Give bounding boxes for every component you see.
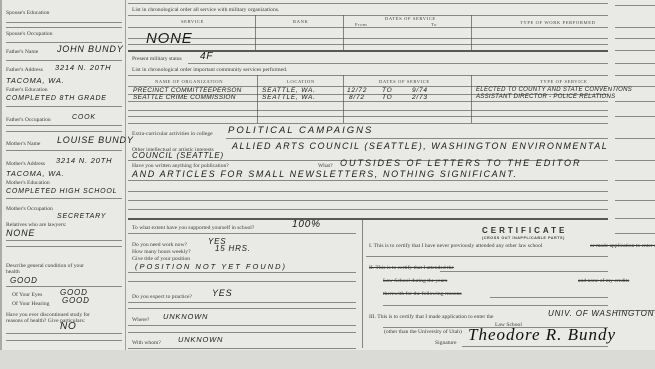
signature-label: Signature xyxy=(435,340,456,346)
hearing-label: Of Your Hearing xyxy=(12,301,49,307)
community-row-from: 12/72 xyxy=(347,87,367,94)
health-label-line2: health xyxy=(6,269,20,275)
father-name-value: John Bundy xyxy=(57,44,124,54)
military-header-from: From xyxy=(355,22,367,27)
military-instruction: List in chronological order all service … xyxy=(132,7,279,13)
page-edge xyxy=(0,0,2,369)
community-row-location: Seattle, Wa. xyxy=(262,94,316,101)
father-occupation-label: Father's Occupation xyxy=(6,117,51,123)
practice-value: Yes xyxy=(212,288,232,298)
community-row-org: Precinct Committeeperson xyxy=(133,87,242,94)
military-header-to: To xyxy=(431,22,437,27)
spouse-occupation-label: Spouse's Occupation xyxy=(6,31,53,37)
military-header-type: Type of Work Performed xyxy=(520,20,596,25)
cert-item-1-struck-a: or made application to enter any. xyxy=(590,243,655,249)
community-header-location: Location xyxy=(287,79,315,84)
with-whom-value: Unknown xyxy=(178,335,223,344)
father-occupation-value: Cook xyxy=(72,114,96,121)
mother-name-value: Louise Bundy xyxy=(57,135,134,145)
military-header-service: Service xyxy=(181,19,204,24)
cert-item-2-line2b-struck: and none of my credits xyxy=(578,278,629,284)
hours-value: 15 hrs. xyxy=(215,244,251,253)
mother-address-label: Mother's Address xyxy=(6,161,45,167)
community-instruction: List in chronological order important co… xyxy=(132,67,287,73)
mother-name-label: Mother's Name xyxy=(6,141,40,147)
mother-occupation-label: Mother's Occupation xyxy=(6,206,53,212)
community-row-to: 2/73 xyxy=(412,94,428,101)
relatives-lawyers-value: None xyxy=(6,228,35,238)
supported-label: To what extent have you supported yourse… xyxy=(132,225,254,231)
father-education-label: Father's Education xyxy=(6,87,48,93)
hours-label: How many hours weekly? xyxy=(132,249,191,255)
community-row-type: Assistant Director - Police Relations xyxy=(476,94,615,100)
with-whom-label: With whom? xyxy=(132,340,161,346)
community-row-to: 9/74 xyxy=(412,87,428,94)
community-header-dates: Dates of Service xyxy=(379,79,430,84)
health-value: Good xyxy=(10,276,38,285)
spouse-education-label: Spouse's Education xyxy=(6,10,49,16)
supported-value: 100% xyxy=(292,219,321,230)
signature-value: Theodore R. Bundy xyxy=(468,325,616,345)
military-status-label: Present military status xyxy=(132,56,182,62)
hearing-value: Good xyxy=(62,296,90,305)
mother-address-line2: Tacoma, Wa. xyxy=(6,169,65,178)
mother-education-value: Completed High School xyxy=(6,188,117,195)
certificate-subtitle: (CROSS OUT INAPPLICABLE PARTS) xyxy=(482,236,565,240)
extracurricular-label: Extra-curricular activities in college xyxy=(132,131,213,137)
page-bottom-margin xyxy=(0,350,655,369)
father-address-line2: Tacoma, Wa. xyxy=(6,76,65,85)
mother-education-label: Mother's Education xyxy=(6,180,50,186)
community-header-type: Type of Service xyxy=(540,79,587,84)
eyes-label: Of Your Eyes xyxy=(12,292,42,298)
other-than-utah: (other than the University of Utah) xyxy=(384,329,462,335)
publication-value-line2: and articles for small newsletters, noth… xyxy=(132,169,518,179)
where-label: Where? xyxy=(132,317,149,323)
father-education-value: Completed 8th Grade xyxy=(6,95,107,102)
cert-item-1: I. This is to certify that I have never … xyxy=(369,243,542,249)
mother-occupation-value: Secretary xyxy=(57,213,106,220)
father-address-label: Father's Address xyxy=(6,67,43,73)
military-header-rank: Rank xyxy=(293,19,308,24)
interests-value-line1: Allied Arts Council (Seattle), Washingto… xyxy=(232,141,608,151)
interests-value-line2: Council (Seattle) xyxy=(132,151,224,160)
publication-value-line1: Outsides of letters to the editor xyxy=(340,158,582,168)
extracurricular-value: Political Campaigns xyxy=(228,125,373,136)
community-row-org: Seattle Crime Commission xyxy=(133,94,236,101)
community-header-org: Name of Organization xyxy=(155,79,223,84)
cert-item-2-line3-struck: therewith for the following reasons xyxy=(383,291,462,297)
where-value: Unknown xyxy=(163,312,208,321)
position-value: (Position not yet found) xyxy=(135,262,287,271)
cert-item-3: III. This is to certify that I made appl… xyxy=(369,314,493,320)
community-row-location: Seattle, Wa. xyxy=(262,87,316,94)
community-row-from: 8/72 xyxy=(349,94,365,101)
community-row-to-word: to xyxy=(382,94,393,101)
community-row-to-word: to xyxy=(382,87,393,94)
cert-item-2-line2-struck: Law School during the years xyxy=(383,278,447,284)
community-row-type: Elected to County and State Conventions xyxy=(476,87,632,93)
need-work-label: Do you need work now? xyxy=(132,242,187,248)
discontinued-value: No xyxy=(60,321,77,332)
practice-label: Do you expect to practice? xyxy=(132,294,192,300)
application-form-page: Spouse's Education Spouse's Occupation F… xyxy=(0,0,655,369)
military-status-value: 4F xyxy=(200,51,213,62)
certificate-title: CERTIFICATE xyxy=(482,226,567,235)
father-address-line1: 3214 N. 20th xyxy=(55,63,111,72)
mother-address-line1: 3214 N. 20th xyxy=(56,156,112,165)
father-name-label: Father's Name xyxy=(6,49,38,55)
military-header-dates: Dates of Service xyxy=(385,16,436,21)
